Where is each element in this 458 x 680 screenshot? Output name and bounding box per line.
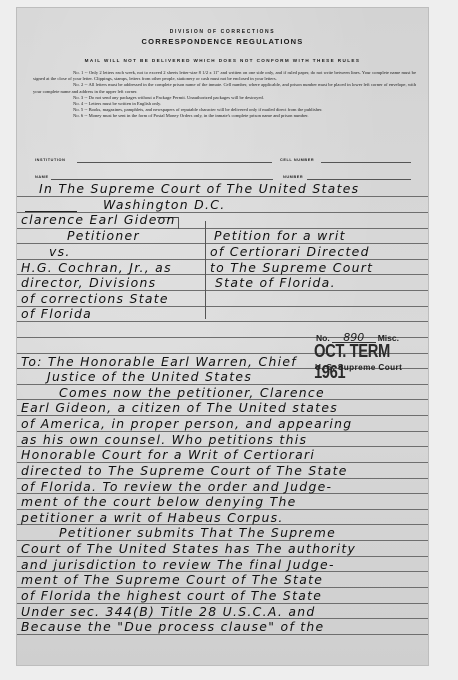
prison-correspondence-letter: DIVISION OF CORRECTIONS CORRESPONDENCE R… [17, 8, 428, 665]
term-stamp: OCT. TERM 1961 [314, 341, 407, 383]
caption-divider [178, 217, 179, 229]
number-line [307, 179, 411, 180]
institution-label: INSTITUTION [35, 158, 65, 162]
ruled-line [17, 634, 428, 635]
caption-respondent: H.G. Cochran, Jr., as [21, 260, 172, 275]
caption-respondent-agency: of corrections State [21, 291, 169, 306]
ruled-line [17, 321, 428, 322]
body-line: Comes now the petitioner, Clarence [59, 385, 325, 400]
body-line: Honorable Court for a Writ of Certiorari [21, 447, 315, 462]
caption-respondent-state: of Florida [21, 306, 92, 321]
body-line: and jurisdiction to review The final Jud… [21, 557, 335, 572]
court-location: Washington D.C. [103, 197, 225, 212]
cell-number-line [321, 162, 411, 163]
body-line: Court of The United States has The autho… [21, 541, 356, 556]
body-line: directed to The Supreme Court of The Sta… [21, 463, 348, 478]
name-line [51, 179, 273, 180]
caption-versus: vs. [49, 244, 71, 259]
body-line: ment of the court below denying The [21, 494, 297, 509]
caption-divider [205, 221, 206, 319]
body-line: Under sec. 344(B) Title 28 U.S.C.A. and [21, 604, 316, 619]
body-line: ment of The Supreme Court of The State [21, 572, 323, 587]
body-line: as his own counsel. Who petitions this [21, 432, 307, 447]
body-line: Petitioner submits That The Supreme [59, 525, 336, 540]
caption-petition-title: of Certiorari Directed [210, 244, 370, 259]
caption-petition-title: to The Supreme Court [210, 260, 373, 275]
body-line: To: The Honorable Earl Warren, Chief [21, 354, 297, 369]
number-label: NUMBER [283, 175, 303, 179]
cell-number-label: CELL NUMBER [280, 158, 314, 162]
body-line: of Florida the highest court of The Stat… [21, 588, 322, 603]
body-line: petitioner a writ of Habeus Corpus. [21, 510, 284, 525]
rule-2: No. 2 -- All letters must be addressed i… [33, 82, 416, 94]
caption-petitioner: Petitioner [67, 228, 140, 243]
institution-cell-row: INSTITUTION CELL NUMBER [35, 158, 413, 166]
body-line: of America, in proper person, and appear… [21, 416, 352, 431]
form-title: CORRESPONDENCE REGULATIONS [17, 37, 428, 46]
caption-petitioner-name: clarence Earl Gideon [21, 212, 176, 227]
institution-line [77, 162, 272, 163]
name-label: NAME [35, 175, 49, 179]
division-heading: DIVISION OF CORRECTIONS [17, 29, 428, 35]
caption-petition-title: Petition for a writ [214, 228, 346, 243]
court-heading: In The Supreme Court of The United State… [39, 181, 359, 196]
caption-respondent-title: director, Divisions [21, 275, 156, 290]
rule-6: No. 6 -- Money must be sent in the form … [33, 113, 416, 119]
body-line: Earl Gideon, a citizen of The United sta… [21, 400, 338, 415]
body-line: Because the "Due process clause" of the [21, 619, 325, 634]
body-line: of Florida. To review the order and Judg… [21, 479, 332, 494]
body-line: Justice of the United States [47, 369, 252, 384]
caption-petition-title: State of Florida. [215, 275, 336, 290]
rule-1: No. 1 -- Only 2 letters each week, not t… [33, 70, 416, 82]
regulations-list: No. 1 -- Only 2 letters each week, not t… [33, 70, 416, 120]
court-stamp: U. S. Supreme Court [315, 363, 402, 372]
delivery-warning: MAIL WILL NOT BE DELIVERED WHICH DOES NO… [17, 58, 428, 63]
